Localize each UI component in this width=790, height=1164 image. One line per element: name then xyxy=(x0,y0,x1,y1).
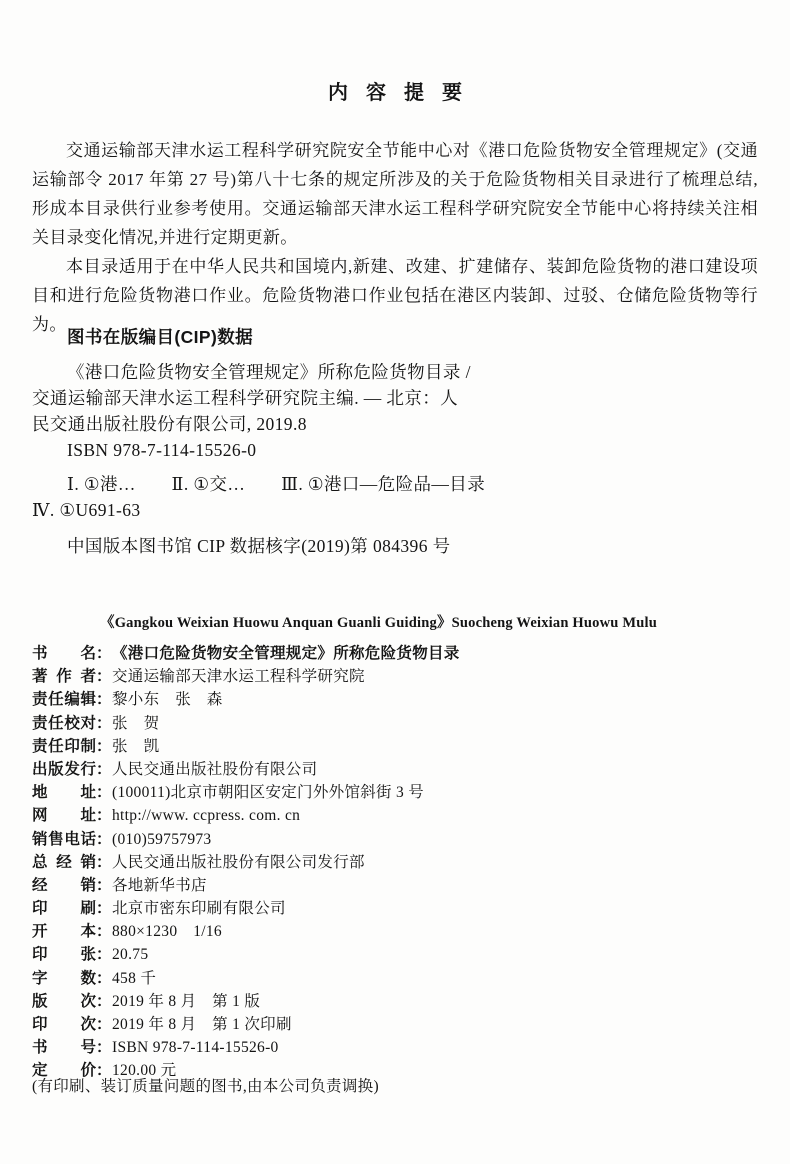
colophon-colon: ： xyxy=(96,989,112,1011)
cip-heading: 图书在版编目(CIP)数据 xyxy=(67,324,572,349)
colophon-label: 地址 xyxy=(32,780,96,802)
colophon-colon: ： xyxy=(96,734,112,756)
colophon-label: 书号 xyxy=(32,1035,96,1057)
colophon-row-book-title: 书名：《港口危险货物安全管理规定》所称危险货物目录 xyxy=(32,641,772,664)
pinyin-title-line: 《Gangkou Weixian Huowu Anquan Guanli Gui… xyxy=(100,611,657,632)
colophon-colon: ： xyxy=(96,919,112,941)
cip-classification-block: Ⅰ. ①港… Ⅱ. ①交… Ⅲ. ①港口—危险品—目录 Ⅳ. ①U691-63 xyxy=(32,471,572,523)
quality-exchange-note: (有印刷、装订质量问题的图书,由本公司负责调换) xyxy=(32,1074,379,1096)
colophon-colon: ： xyxy=(96,687,112,709)
colophon-row-printing: 印次：2019 年 8 月 第 1 次印刷 xyxy=(32,1012,772,1035)
colophon-label: 总经销 xyxy=(32,850,96,872)
colophon-label: 字数 xyxy=(32,966,96,988)
book-copyright-page: 内容提要 交通运输部天津水运工程科学研究院安全节能中心对《港口危险货物安全管理规… xyxy=(0,0,790,1164)
colophon-value: (010)59757973 xyxy=(112,831,211,849)
colophon-label: 责任编辑 xyxy=(32,687,96,709)
colophon-value: 黎小东 张 森 xyxy=(112,687,223,709)
colophon-label: 网址 xyxy=(32,803,96,825)
colophon-label: 版次 xyxy=(32,989,96,1011)
colophon-value: 各地新华书店 xyxy=(112,873,207,895)
colophon-row-sales-phone: 销售电话：(010)59757973 xyxy=(32,827,772,850)
colophon-row-author: 著作者：交通运输部天津水运工程科学研究院 xyxy=(32,664,772,687)
colophon-value: 张 贺 xyxy=(112,711,159,733)
colophon-value: 《港口危险货物安全管理规定》所称危险货物目录 xyxy=(112,641,460,663)
colophon-label: 开本 xyxy=(32,919,96,941)
colophon-row-proofreader: 责任校对：张 贺 xyxy=(32,711,772,734)
colophon-row-distributor: 经销：各地新华书店 xyxy=(32,873,772,896)
colophon-value: 20.75 xyxy=(112,946,148,964)
colophon-label: 印刷 xyxy=(32,896,96,918)
colophon-colon: ： xyxy=(96,827,112,849)
colophon-value: 2019 年 8 月 第 1 版 xyxy=(112,989,260,1011)
cip-classification-line-1: Ⅰ. ①港… Ⅱ. ①交… Ⅲ. ①港口—危险品—目录 xyxy=(32,471,572,497)
colophon-label: 责任印制 xyxy=(32,734,96,756)
content-summary-title: 内容提要 xyxy=(0,76,790,105)
colophon-row-isbn: 书号：ISBN 978-7-114-15526-0 xyxy=(32,1035,772,1058)
cip-publisher-line-2: 民交通出版社股份有限公司, 2019.8 xyxy=(32,411,572,437)
colophon-row-printer: 印刷：北京市密东印刷有限公司 xyxy=(32,896,772,919)
colophon-row-sheets: 印张：20.75 xyxy=(32,942,772,965)
colophon-label: 责任校对 xyxy=(32,711,96,733)
colophon-value: (100011)北京市朝阳区安定门外外馆斜街 3 号 xyxy=(112,780,424,802)
cip-data-section: 图书在版编目(CIP)数据 《港口危险货物安全管理规定》所称危险货物目录 / 交… xyxy=(32,324,572,559)
colophon-colon: ： xyxy=(96,1035,112,1057)
colophon-colon: ： xyxy=(96,966,112,988)
colophon-label: 出版发行 xyxy=(32,757,96,779)
colophon-value: 人民交通出版社股份有限公司发行部 xyxy=(112,850,365,872)
colophon-value: 458 千 xyxy=(112,966,156,988)
colophon-row-edition: 版次：2019 年 8 月 第 1 版 xyxy=(32,989,772,1012)
summary-paragraph-1: 交通运输部天津水运工程科学研究院安全节能中心对《港口危险货物安全管理规定》(交通… xyxy=(32,136,758,252)
colophon-colon: ： xyxy=(96,641,112,663)
colophon-colon: ： xyxy=(96,873,112,895)
colophon-colon: ： xyxy=(96,664,112,686)
cip-classification-line-2: Ⅳ. ①U691-63 xyxy=(32,497,572,523)
colophon-value: ISBN 978-7-114-15526-0 xyxy=(112,1039,279,1057)
colophon-label: 经销 xyxy=(32,873,96,895)
colophon-value: 人民交通出版社股份有限公司 xyxy=(112,757,317,779)
colophon-value: 张 凯 xyxy=(112,734,159,756)
colophon-colon: ： xyxy=(96,896,112,918)
colophon-value: 北京市密东印刷有限公司 xyxy=(112,896,286,918)
colophon-row-format: 开本：880×1230 1/16 xyxy=(32,919,772,942)
colophon-row-print-supervisor: 责任印制：张 凯 xyxy=(32,734,772,757)
colophon-row-publisher: 出版发行：人民交通出版社股份有限公司 xyxy=(32,757,772,780)
colophon-label: 印次 xyxy=(32,1012,96,1034)
cip-record-number-line: 中国版本图书馆 CIP 数据核字(2019)第 084396 号 xyxy=(32,533,572,559)
colophon-value: 2019 年 8 月 第 1 次印刷 xyxy=(112,1012,292,1034)
colophon-colon: ： xyxy=(96,711,112,733)
colophon-label: 销售电话 xyxy=(32,827,96,849)
colophon-colon: ： xyxy=(96,803,112,825)
colophon-row-website: 网址：http://www. ccpress. com. cn xyxy=(32,803,772,826)
colophon-label: 著作者 xyxy=(32,664,96,686)
colophon-row-address: 地址：(100011)北京市朝阳区安定门外外馆斜街 3 号 xyxy=(32,780,772,803)
colophon-row-word-count: 字数：458 千 xyxy=(32,966,772,989)
colophon-value: 交通运输部天津水运工程科学研究院 xyxy=(112,664,365,686)
colophon-colon: ： xyxy=(96,1012,112,1034)
colophon-label: 书名 xyxy=(32,641,96,663)
colophon-colon: ： xyxy=(96,942,112,964)
colophon-value: 880×1230 1/16 xyxy=(112,919,222,941)
colophon-value: http://www. ccpress. com. cn xyxy=(112,807,300,825)
cip-publisher-line-1: 交通运输部天津水运工程科学研究院主编. — 北京：人 xyxy=(32,385,572,411)
cip-isbn-line: ISBN 978-7-114-15526-0 xyxy=(32,437,572,463)
colophon-colon: ： xyxy=(96,850,112,872)
colophon-section: 书名：《港口危险货物安全管理规定》所称危险货物目录 著作者：交通运输部天津水运工… xyxy=(32,641,772,1082)
colophon-colon: ： xyxy=(96,780,112,802)
colophon-colon: ： xyxy=(96,757,112,779)
colophon-row-editor: 责任编辑：黎小东 张 森 xyxy=(32,687,772,710)
colophon-label: 印张 xyxy=(32,942,96,964)
cip-title-line: 《港口危险货物安全管理规定》所称危险货物目录 / xyxy=(32,359,572,385)
colophon-row-general-distributor: 总经销：人民交通出版社股份有限公司发行部 xyxy=(32,850,772,873)
cip-bibliographic-block: 《港口危险货物安全管理规定》所称危险货物目录 / 交通运输部天津水运工程科学研究… xyxy=(32,359,572,463)
content-summary-section: 交通运输部天津水运工程科学研究院安全节能中心对《港口危险货物安全管理规定》(交通… xyxy=(32,136,758,339)
